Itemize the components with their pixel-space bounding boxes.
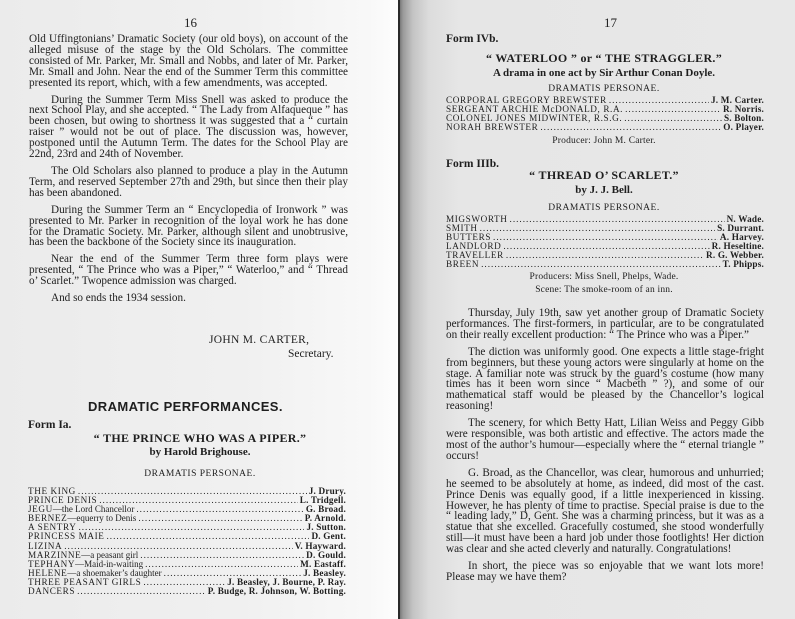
- dramatis-personae-heading: DRAMATIS PERSONAE.: [40, 469, 360, 479]
- left-page: 16 Old Uffingtonians’ Dramatic Society (…: [0, 0, 399, 619]
- play-byline: by Harold Brighouse.: [40, 446, 360, 458]
- book-spine: [398, 0, 400, 619]
- paragraph: During the Summer Term Miss Snell was as…: [29, 95, 348, 160]
- paragraph: Thursday, July 19th, saw yet another gro…: [446, 308, 764, 341]
- leader-dots: [480, 224, 716, 233]
- cast-list: MIGSWORTHN. Wade.SMITHS. Durrant.BUTTERS…: [446, 215, 764, 270]
- leader-dots: [625, 105, 721, 114]
- leader-dots: [78, 487, 307, 496]
- leader-dots: [540, 123, 721, 132]
- cast-list: CORPORAL GREGORY BREWSTERJ. M. Carter.SE…: [446, 96, 764, 132]
- paragraph: The diction was uniformly good. One expe…: [446, 347, 764, 412]
- left-body-text: Old Uffingtonians’ Dramatic Society (our…: [29, 34, 348, 310]
- leader-dots: [140, 551, 304, 560]
- producers-credit: Producers: Miss Snell, Phelps, Wade.: [439, 272, 769, 282]
- cast-row: TRAVELLERR. G. Webber.: [446, 251, 764, 260]
- leader-dots: [136, 505, 303, 514]
- leader-dots: [78, 523, 304, 532]
- scene-credit: Scene: The smoke-room of an inn.: [439, 285, 769, 295]
- paragraph: The Old Scholars also planned to produce…: [29, 166, 348, 199]
- right-page: 17 Form IVb. “ WATERLOO ” or “ THE STRAG…: [399, 0, 795, 619]
- producer-credit: Producer: John M. Carter.: [439, 136, 769, 146]
- page-number: 16: [184, 15, 197, 31]
- leader-dots: [503, 242, 709, 251]
- page-number: 17: [604, 15, 617, 31]
- play-title: “ THREAD O’ SCARLET.”: [439, 168, 769, 183]
- leader-dots: [77, 587, 206, 596]
- signature-title: Secretary.: [288, 348, 334, 360]
- play-title: “ THE PRINCE WHO WAS A PIPER.”: [40, 431, 360, 446]
- leader-dots: [510, 215, 725, 224]
- leader-dots: [624, 114, 722, 123]
- signature-name: JOHN M. CARTER,: [209, 334, 309, 346]
- play-title: “ WATERLOO ” or “ THE STRAGGLER.”: [439, 51, 769, 66]
- cast-list: THE KINGJ. Drury.PRINCE DENISL. Tridgell…: [28, 487, 346, 596]
- cast-role: BREEN: [446, 260, 479, 269]
- form-label: Form Ia.: [28, 419, 71, 431]
- paragraph: G. Broad, as the Chancellor, was clear, …: [446, 468, 764, 555]
- cast-row: NORAH BREWSTERO. Player.: [446, 123, 764, 132]
- cast-actor: P. Budge, R. Johnson, W. Botting.: [208, 587, 346, 596]
- leader-dots: [609, 96, 709, 105]
- leader-dots: [506, 251, 704, 260]
- play-byline: A drama in one act by Sir Arthur Conan D…: [439, 67, 769, 79]
- paragraph: During the Summer Term an “ Encyclopedia…: [29, 205, 348, 249]
- cast-row: DANCERSP. Budge, R. Johnson, W. Botting.: [28, 587, 346, 596]
- paragraph: The scenery, for which Betty Hatt, Lilia…: [446, 418, 764, 462]
- cast-actor: T. Phipps.: [723, 260, 764, 269]
- play-byline: by J. J. Bell.: [439, 184, 769, 196]
- form-label: Form IVb.: [446, 33, 498, 45]
- cast-row: SMITHS. Durrant.: [446, 224, 764, 233]
- leader-dots: [138, 514, 302, 523]
- section-title: DRAMATIC PERFORMANCES.: [88, 399, 283, 414]
- cast-row: BREENT. Phipps.: [446, 260, 764, 269]
- leader-dots: [145, 560, 298, 569]
- cast-actor: O. Player.: [723, 123, 764, 132]
- leader-dots: [493, 233, 718, 242]
- leader-dots: [481, 260, 720, 269]
- paragraph: And so ends the 1934 session.: [29, 293, 348, 304]
- cast-role: DANCERS: [28, 587, 75, 596]
- cast-role: NORAH BREWSTER: [446, 123, 538, 132]
- paragraph: Near the end of the Summer Term three fo…: [29, 254, 348, 287]
- dramatis-personae-heading: DRAMATIS PERSONAE.: [439, 84, 769, 94]
- paragraph: Old Uffingtonians’ Dramatic Society (our…: [29, 34, 348, 89]
- right-body-text: Thursday, July 19th, saw yet another gro…: [446, 308, 764, 589]
- paragraph: In short, the piece was so enjoyable tha…: [446, 561, 764, 583]
- leader-dots: [106, 532, 309, 541]
- dramatis-personae-heading: DRAMATIS PERSONAE.: [439, 203, 769, 213]
